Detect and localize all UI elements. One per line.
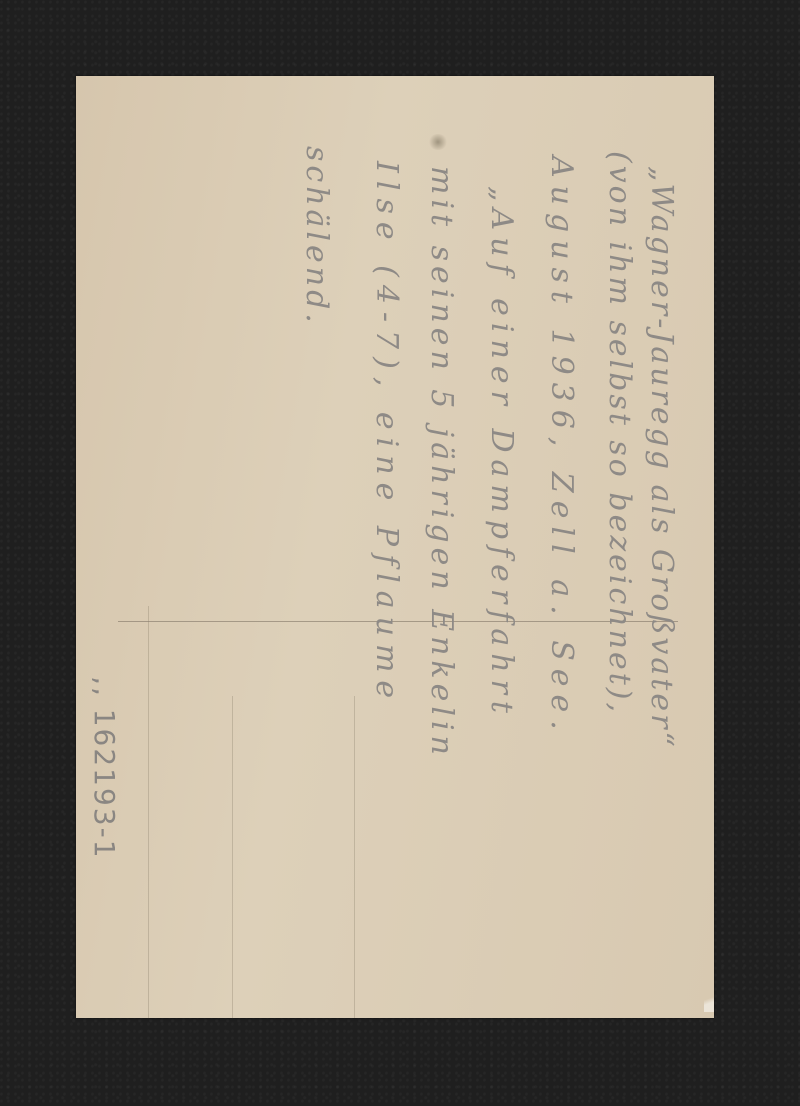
address-line — [232, 696, 233, 1018]
handwritten-line-2: (von ihm selbst so bezeichnet), — [604, 151, 634, 715]
postcard-back: „Wagner-Jauregg als Großvater“ (von ihm … — [76, 76, 714, 1018]
stain-mark — [428, 134, 448, 150]
catalog-number: ‚‚ 162193-1 — [88, 676, 121, 860]
handwritten-line-4: „Auf einer Dampferfahrt — [486, 186, 516, 720]
handwritten-line-6: Ilse (4-7), eine Pflaume — [371, 161, 401, 706]
address-line — [354, 696, 355, 1018]
address-line — [148, 606, 149, 1018]
handwritten-line-3: August 1936, Zell a. See. — [546, 156, 576, 738]
handwritten-line-7: schälend. — [301, 146, 331, 327]
handwritten-line-5: mit seinen 5 jährigen Enkelin — [426, 166, 456, 760]
corner-wear — [704, 990, 714, 1012]
handwritten-line-1: „Wagner-Jauregg als Großvater“ — [646, 166, 676, 750]
